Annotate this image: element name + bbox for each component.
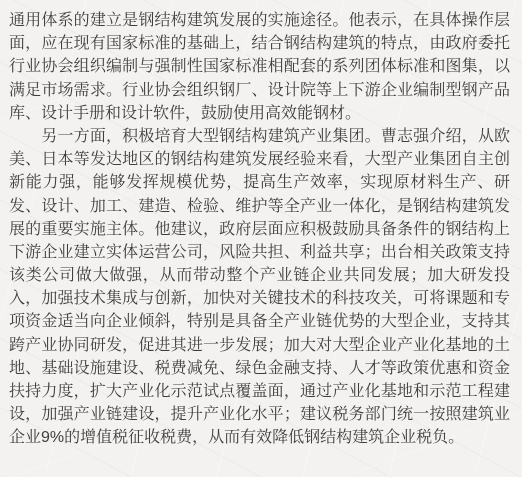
text-line: 地、基础设施建设、税费减免、绿色金融支持、人才等政策优惠和资金 xyxy=(9,357,510,380)
text-line: 企业9%的增值税征收税费，从而有效降低钢结构建筑企业税负。 xyxy=(9,426,510,449)
text-line: 项资金适当向企业倾斜，特别是具备全产业链优势的大型企业，支持其 xyxy=(9,310,510,333)
text-line: 该类公司做大做强，从而带动整个产业链企业共同发展；加大研发投 xyxy=(9,264,510,287)
text-line: 通用体系的建立是钢结构建筑发展的实施途径。他表示，在具体操作层 xyxy=(9,9,510,32)
text-line: 面，应在现有国家标准的基础上，结合钢结构建筑的特点，由政府委托 xyxy=(9,32,510,55)
text-line: 美、日本等发达地区的钢结构建筑发展经验来看，大型产业集团自主创 xyxy=(9,148,510,171)
text-line: 新能力强，能够发挥规模优势，提高生产效率，实现原材料生产、研 xyxy=(9,171,510,194)
text-line: 行业协会组织编制与强制性国家标准相配套的系列团体标准和图集，以 xyxy=(9,55,510,78)
paragraph: 另一方面，积极培育大型钢结构建筑产业集团。曹志强介绍，从欧 美、日本等发达地区的… xyxy=(9,125,510,450)
text-line: 满足市场需求。行业协会组织钢厂、设计院等上下游企业编制型钢产品 xyxy=(9,79,510,102)
text-line: 发、设计、加工、建造、检验、维护等全产业一体化，是钢结构建筑发 xyxy=(9,195,510,218)
text-line: 入，加强技术集成与创新，加快对关键技术的科技攻关，可将课题和专 xyxy=(9,287,510,310)
text-line: 设，加强产业链建设，提升产业化水平；建议税务部门统一按照建筑业 xyxy=(9,403,510,426)
text-line: 库、设计手册和设计软件，鼓励使用高效能钢材。 xyxy=(9,102,510,125)
text-line: 跨产业协同研发，促进其进一步发展；加大对大型企业产业化基地的土 xyxy=(9,334,510,357)
text-line: 另一方面，积极培育大型钢结构建筑产业集团。曹志强介绍，从欧 xyxy=(9,125,510,148)
text-line: 展的重要实施主体。他建议，政府层面应积极鼓励具备条件的钢结构上 xyxy=(9,218,510,241)
paragraph: 通用体系的建立是钢结构建筑发展的实施途径。他表示，在具体操作层 面，应在现有国家… xyxy=(9,9,510,125)
article-page: 通用体系的建立是钢结构建筑发展的实施途径。他表示，在具体操作层 面，应在现有国家… xyxy=(0,0,522,450)
text-line: 扶持力度，扩大产业化示范试点覆盖面，通过产业化基地和示范工程建 xyxy=(9,380,510,403)
text-line: 下游企业建立实体运营公司，风险共担、利益共享；出台相关政策支持 xyxy=(9,241,510,264)
